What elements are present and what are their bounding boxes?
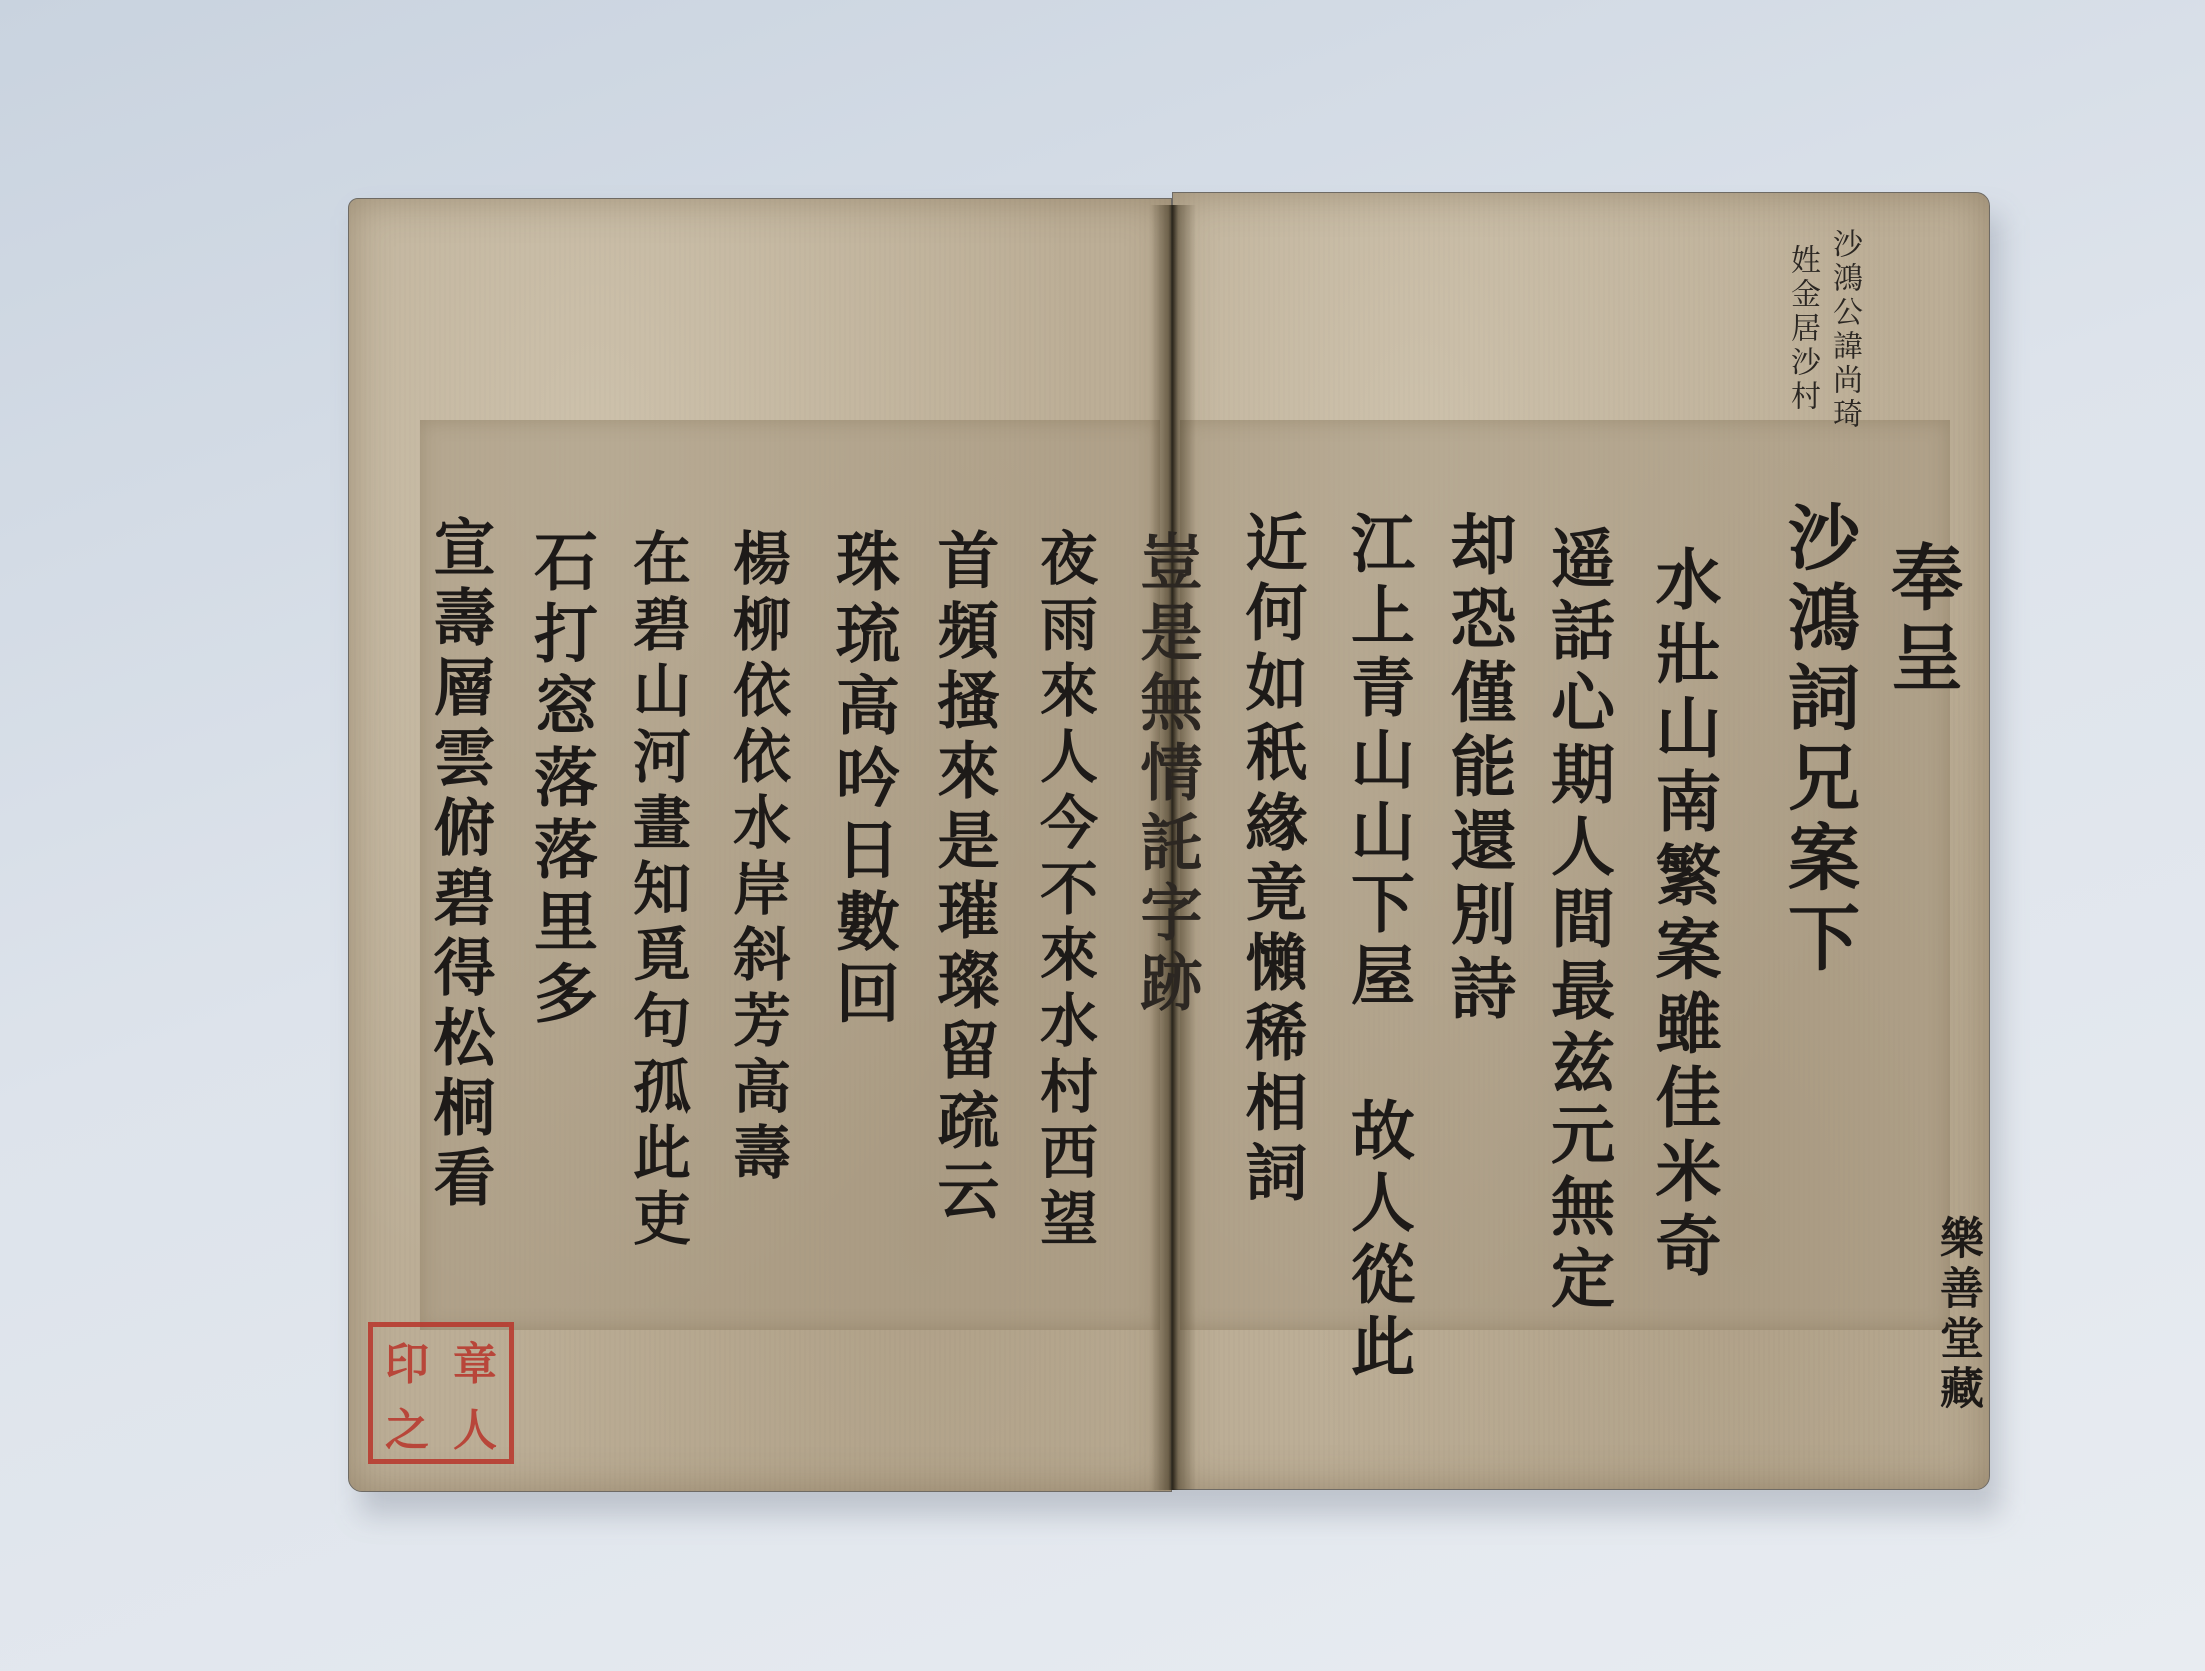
seal-char: 之 — [373, 1394, 441, 1458]
collection-mark: 樂善堂藏 — [1925, 1215, 1989, 1415]
left-column-7: 石打窓落落里多 — [528, 528, 592, 1032]
seal-char: 章 — [441, 1328, 509, 1392]
left-column-6: 在碧山河畫知覓句孤此吏 — [628, 528, 686, 1254]
annotation-line-1: 沙鴻公諱尚琦 — [1822, 228, 1866, 432]
right-column-3: 水壯山南繁案雖佳米奇 — [1650, 545, 1716, 1285]
seal-char: 人 — [441, 1394, 509, 1458]
left-column-1: 豈是無情託字跡 — [1135, 530, 1197, 1020]
red-seal-stamp: 印 章 之 人 — [368, 1322, 514, 1464]
right-column-5: 却恐僅能還別詩 — [1445, 510, 1511, 1028]
left-column-2: 夜雨來人今不來水村西望 — [1035, 528, 1093, 1254]
left-column-5: 楊柳依依水岸斜芳高壽 — [728, 528, 786, 1188]
right-column-2: 沙鴻詞兄案下 — [1782, 500, 1854, 980]
left-column-8: 宣壽層雲俯碧得松桐看 — [428, 515, 490, 1215]
left-column-4: 珠琉高吟日數回 — [830, 528, 894, 1032]
seal-char: 印 — [373, 1328, 441, 1392]
right-column-1: 奉呈 — [1885, 540, 1957, 700]
right-column-6: 江上青山山下屋 故人從此 — [1345, 510, 1409, 1385]
right-column-7: 近何如秖緣竟懶稀相詞 — [1240, 510, 1302, 1210]
right-column-4: 遥話心期人間最兹元無定 — [1545, 525, 1609, 1317]
left-column-3: 首頻搔來是璀璨留疏云 — [932, 528, 994, 1228]
annotation-line-2: 姓金居沙村 — [1780, 244, 1824, 414]
